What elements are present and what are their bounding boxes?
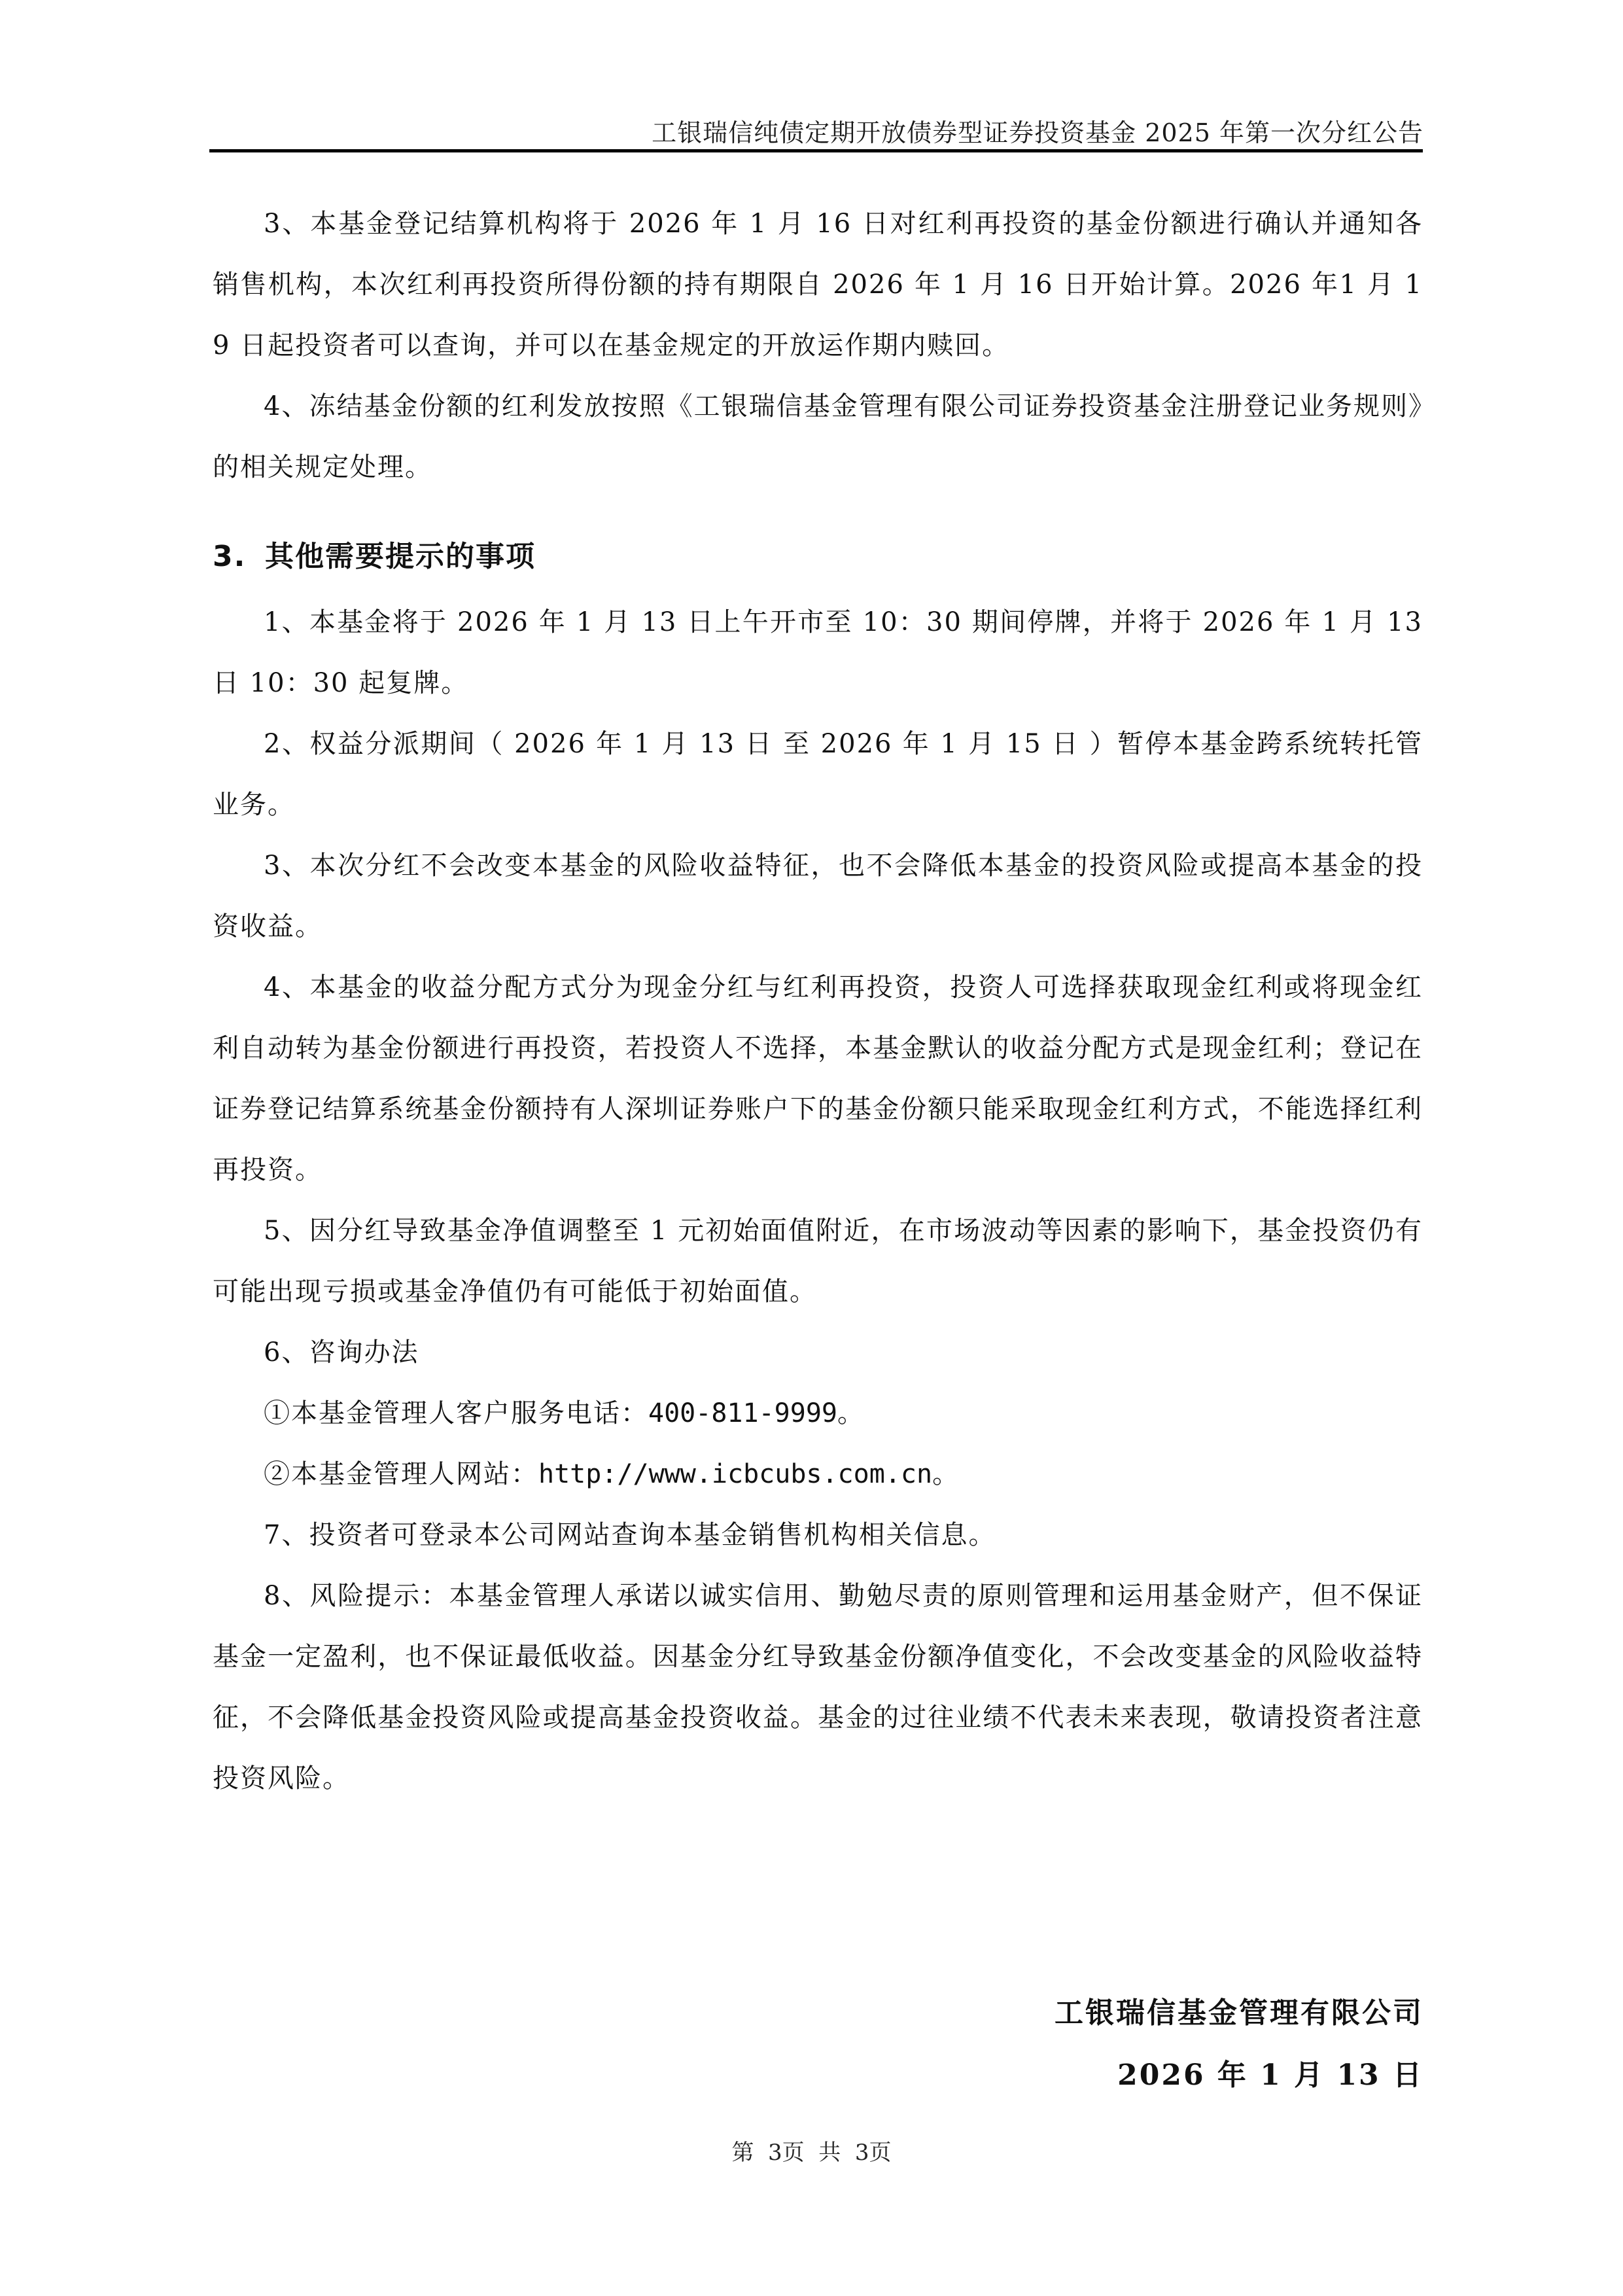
paragraph-risk-characteristics: 3、本次分红不会改变本基金的风险收益特征，也不会降低本基金的投资风险或提高本基金… <box>213 836 1423 957</box>
website-end-punct: 。 <box>932 1459 960 1489</box>
paragraph-nav-adjustment: 5、因分红导致基金净值调整至 1 元初始面值附近，在市场波动等因素的影响下，基金… <box>213 1201 1423 1322</box>
page-number-footer: 第 3页 共 3页 <box>0 2134 1623 2166</box>
paragraph-service-phone: ①本基金管理人客户服务电话：400-811-9999。 <box>213 1383 1423 1444</box>
paragraph-risk-warning: 8、风险提示：本基金管理人承诺以诚实信用、勤勉尽责的原则管理和运用基金财产，但不… <box>213 1566 1423 1809</box>
paragraph-transfer-suspension: 2、权益分派期间（ 2026 年 1 月 13 日 至 2026 年 1 月 1… <box>213 714 1423 836</box>
signature-company: 工银瑞信基金管理有限公司 <box>1055 1989 1423 2031</box>
phone-end-punct: 。 <box>837 1398 865 1428</box>
phone-label: ①本基金管理人客户服务电话： <box>264 1398 648 1428</box>
section-number: 3. <box>213 525 265 588</box>
header-divider <box>209 149 1423 152</box>
paragraph-sales-agency-info: 7、投资者可登录本公司网站查询本基金销售机构相关信息。 <box>213 1505 1423 1566</box>
paragraph-reinvestment-confirmation: 3、本基金登记结算机构将于 2026 年 1 月 16 日对红利再投资的基金份额… <box>213 194 1423 376</box>
phone-number: 400-811-9999 <box>648 1398 837 1428</box>
paragraph-distribution-method: 4、本基金的收益分配方式分为现金分红与红利再投资，投资人可选择获取现金红利或将现… <box>213 957 1423 1201</box>
paragraph-consultation-heading: 6、咨询办法 <box>213 1322 1423 1383</box>
section-title: 其他需要提示的事项 <box>265 540 536 573</box>
signature-date: 2026 年 1 月 13 日 <box>1117 2051 1423 2093</box>
document-page: 工银瑞信纯债定期开放债券型证券投资基金 2025 年第一次分红公告 3、本基金登… <box>0 0 1623 2296</box>
document-body: 3、本基金登记结算机构将于 2026 年 1 月 16 日对红利再投资的基金份额… <box>213 194 1423 1809</box>
paragraph-website: ②本基金管理人网站：http://www.icbcubs.com.cn。 <box>213 1444 1423 1505</box>
paragraph-trading-suspension: 1、本基金将于 2026 年 1 月 13 日上午开市至 10：30 期间停牌，… <box>213 592 1423 714</box>
paragraph-frozen-shares: 4、冻结基金份额的红利发放按照《工银瑞信基金管理有限公司证券投资基金注册登记业务… <box>213 376 1423 498</box>
website-link[interactable]: http://www.icbcubs.com.cn <box>538 1459 932 1489</box>
website-label: ②本基金管理人网站： <box>264 1459 538 1489</box>
section-heading-other-notes: 3.其他需要提示的事项 <box>213 525 1423 588</box>
running-header-title: 工银瑞信纯债定期开放债券型证券投资基金 2025 年第一次分红公告 <box>652 113 1423 149</box>
